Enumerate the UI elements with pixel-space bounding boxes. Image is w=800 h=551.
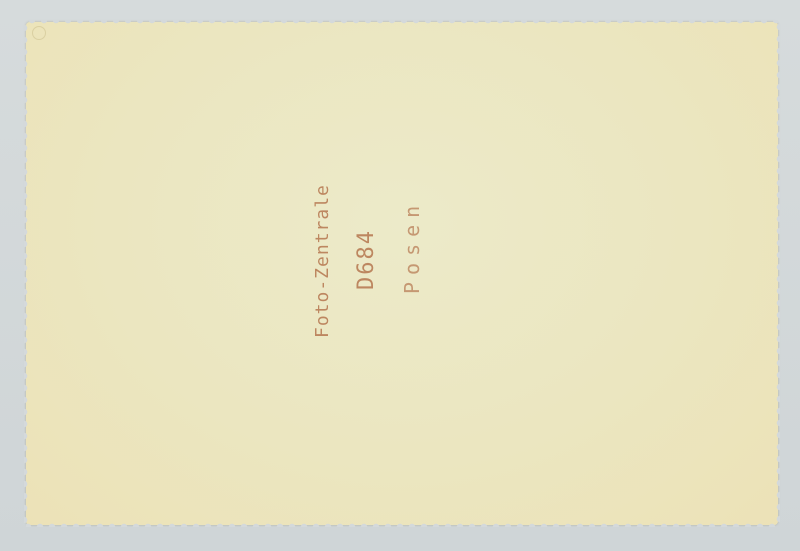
stamp-negative-number: D684 xyxy=(354,229,379,290)
corner-mark xyxy=(32,26,46,40)
deckle-edge-left xyxy=(24,22,30,525)
stamp-studio-name: Foto-Zentrale xyxy=(312,184,333,338)
deckle-edge-right xyxy=(774,22,780,525)
stamp-city: Posen xyxy=(400,199,424,294)
